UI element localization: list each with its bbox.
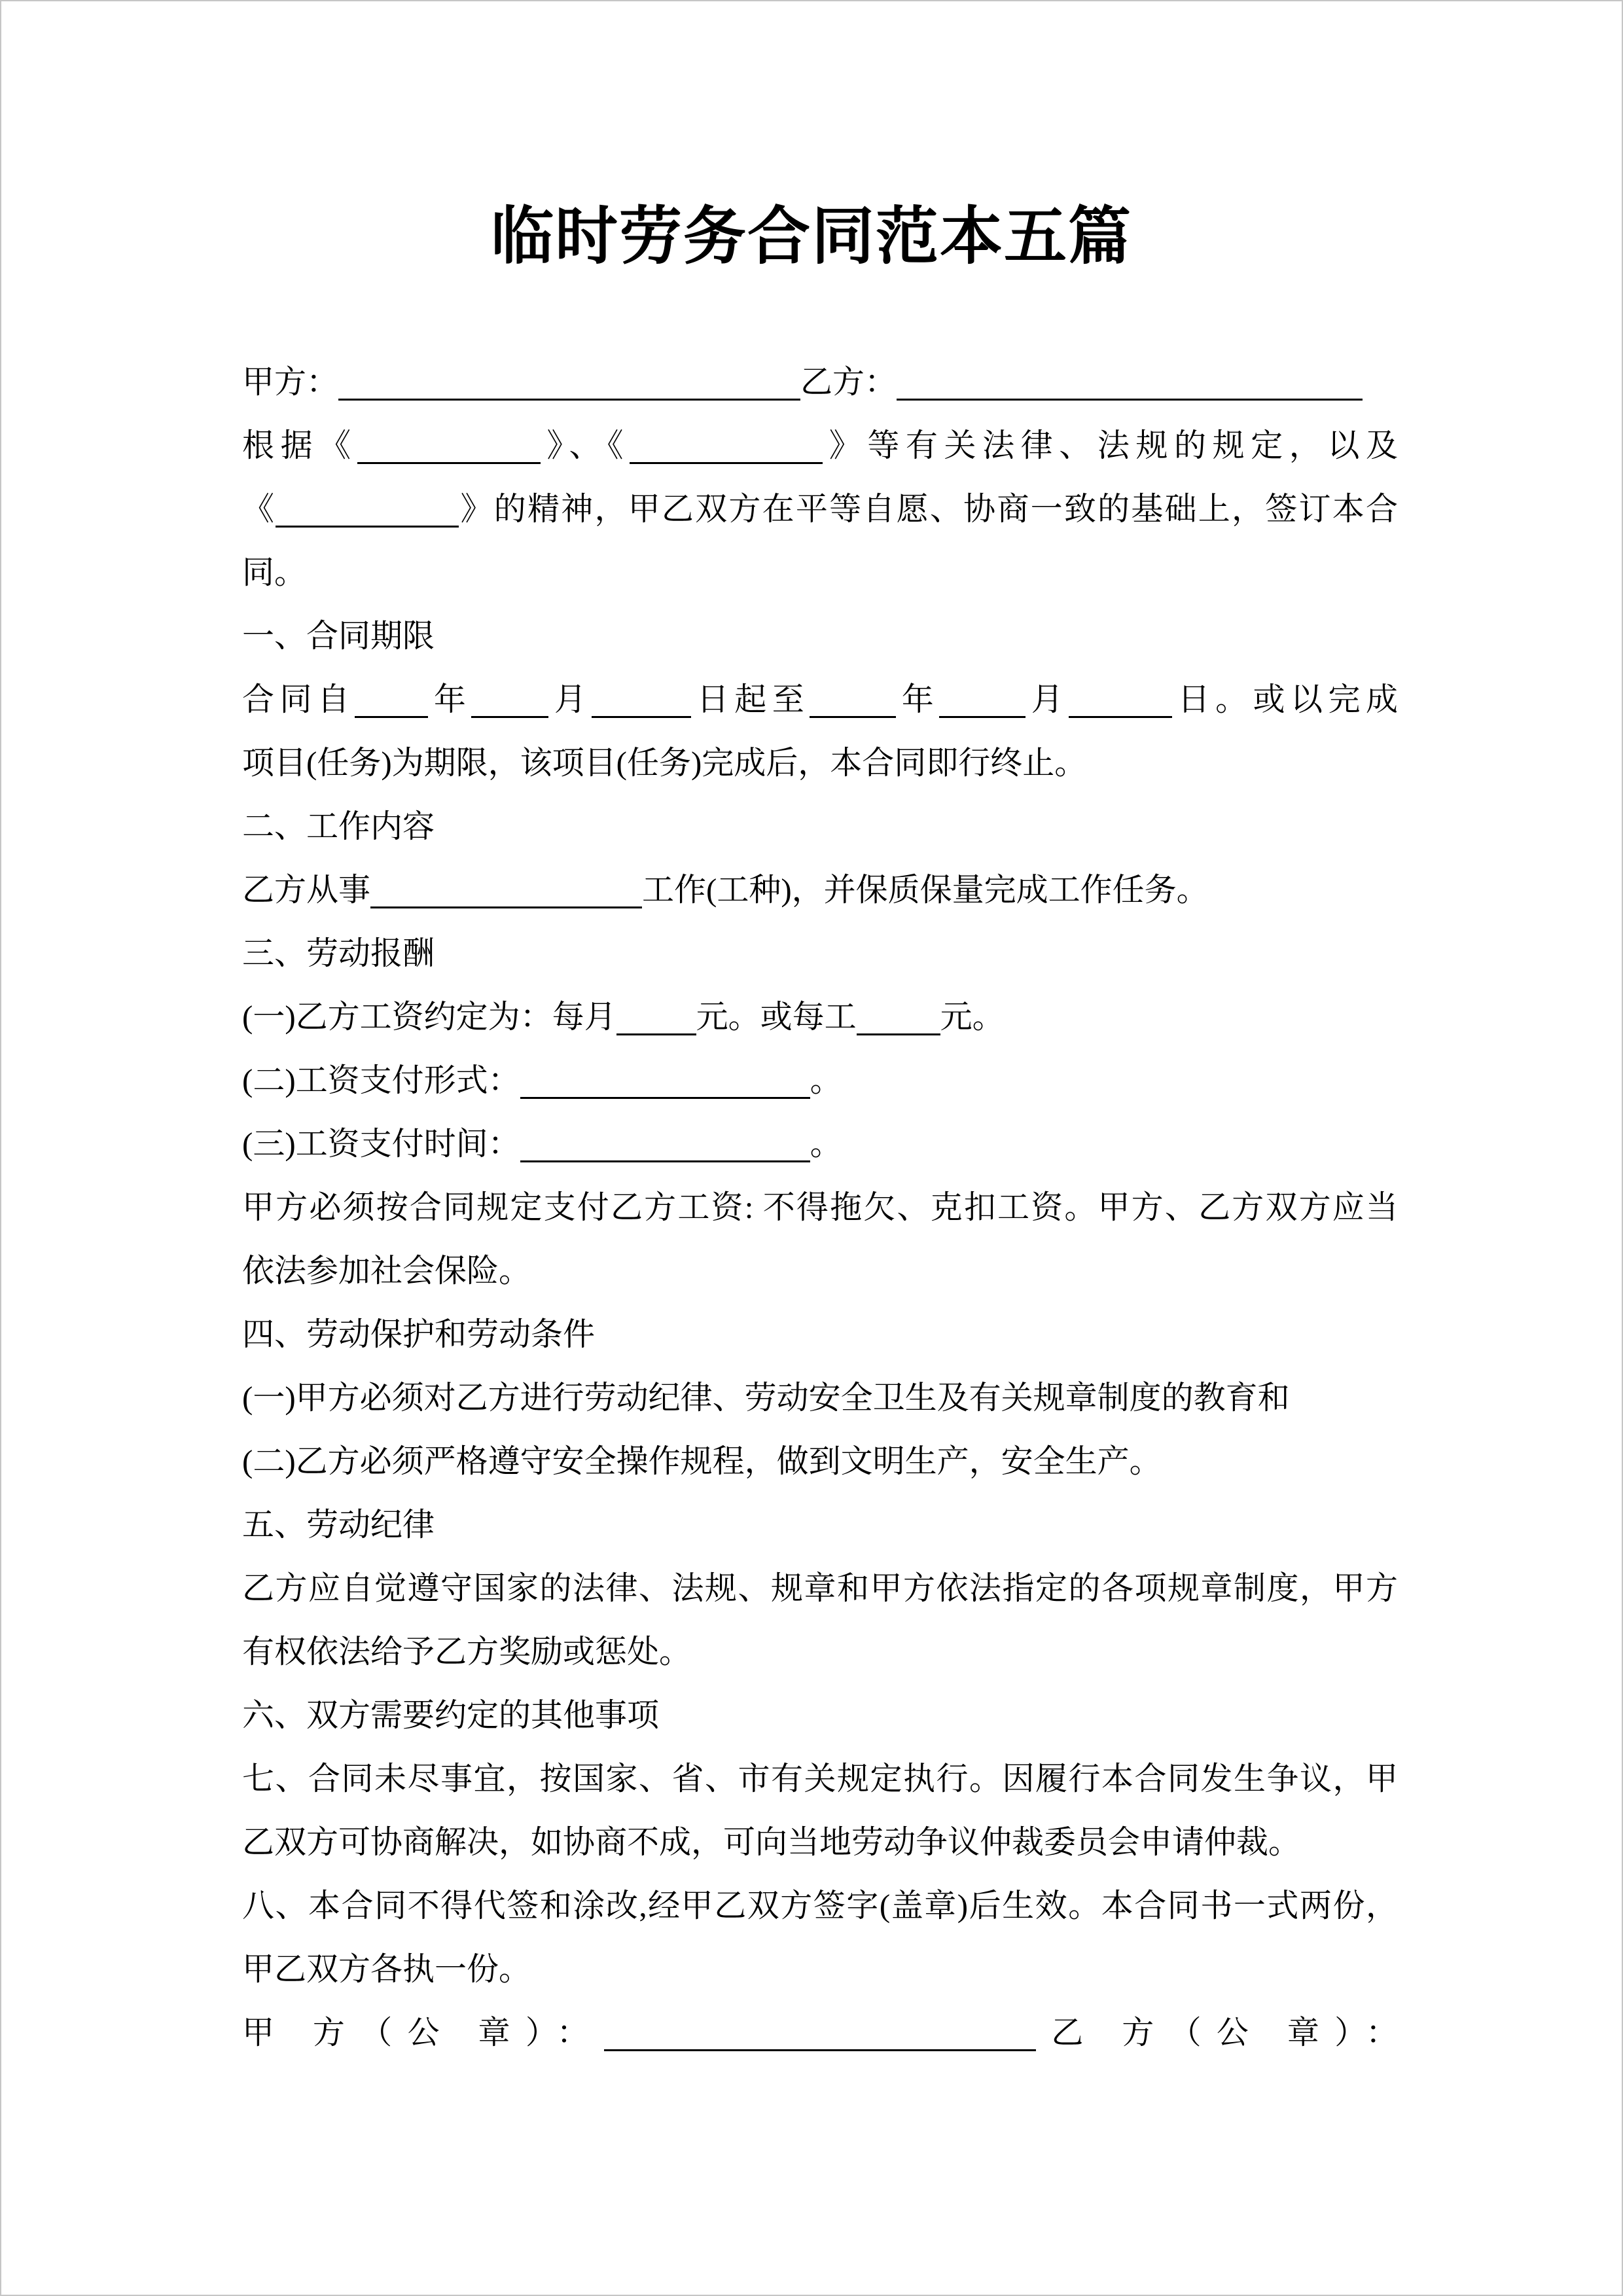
line-effect-1: 八、本合同不得代签和涂改,经甲乙双方签字(盖章)后生效。本合同书一式两份， bbox=[242, 1874, 1398, 1937]
blank-fill-in-line bbox=[857, 1001, 940, 1035]
text-run: 元。 bbox=[940, 999, 1005, 1035]
text-run: 》的精神，甲乙双方在平等自愿、协商一致的基础上，签订本合 bbox=[459, 491, 1398, 527]
text-run: 六、双方需要约定的其他事项 bbox=[242, 1697, 659, 1733]
line-term-completion: 项目(任务)为期限，该项目(任务)完成后，本合同即行终止。 bbox=[242, 731, 1398, 795]
line-protection-1: (一)甲方必须对乙方进行劳动纪律、劳动安全卫生及有关规章制度的教育和 bbox=[242, 1366, 1398, 1429]
text-run: 工作(工种)，并保质保量完成工作任务。 bbox=[642, 872, 1209, 908]
blank-fill-in-line bbox=[604, 2017, 1036, 2051]
heading-section-4-protection: 四、劳动保护和劳动条件 bbox=[242, 1302, 1398, 1366]
heading-section-6-other: 六、双方需要约定的其他事项 bbox=[242, 1683, 1398, 1747]
blank-fill-in-line bbox=[1069, 683, 1172, 718]
text-run: 》、《 bbox=[541, 427, 630, 463]
line-legal-basis-3: 同。 bbox=[242, 541, 1398, 604]
line-discipline-2: 有权依法给予乙方奖励或惩处。 bbox=[242, 1620, 1398, 1683]
line-party-names: 甲方：乙方： bbox=[242, 350, 1398, 414]
document-body: 甲方：乙方：根据《》、《》等有关法律、法规的规定，以及《》的精神，甲乙双方在平等… bbox=[242, 350, 1398, 2064]
line-pay-duty-2: 依法参加社会保险。 bbox=[242, 1239, 1398, 1302]
text-run: 乙方应自觉遵守国家的法律、法规、规章和甲方依法指定的各项规章制度，甲方 bbox=[242, 1570, 1398, 1606]
blank-fill-in-line bbox=[616, 1001, 696, 1035]
heading-section-5-discipline: 五、劳动纪律 bbox=[242, 1493, 1398, 1556]
document-title: 临时劳务合同范本五篇 bbox=[1, 198, 1622, 276]
text-run: 根据《 bbox=[242, 427, 357, 463]
text-run: 《 bbox=[242, 491, 276, 527]
text-run: 合同自 bbox=[242, 681, 355, 717]
blank-fill-in-line bbox=[338, 366, 800, 401]
text-run: 。 bbox=[810, 1062, 842, 1098]
blank-fill-in-line bbox=[370, 874, 642, 908]
text-run: 甲方： bbox=[242, 364, 338, 400]
text-run: 三、劳动报酬 bbox=[242, 935, 435, 971]
text-run: 一、合同期限 bbox=[242, 618, 435, 654]
blank-fill-in-line bbox=[471, 683, 548, 718]
text-run: 二、工作内容 bbox=[242, 808, 435, 844]
text-run: 乙双方可协商解决，如协商不成，可向当地劳动争议仲裁委员会申请仲裁。 bbox=[242, 1824, 1300, 1860]
blank-fill-in-line bbox=[357, 429, 541, 464]
text-run: 甲 方（公 章）： bbox=[242, 2015, 604, 2051]
text-run: 同。 bbox=[242, 554, 306, 590]
text-run: (一)乙方工资约定为：每月 bbox=[242, 999, 616, 1035]
text-run: 年 bbox=[896, 681, 939, 717]
blank-fill-in-line bbox=[897, 366, 1363, 401]
blank-fill-in-line bbox=[592, 683, 691, 718]
line-pay-form: (二)工资支付形式：。 bbox=[242, 1049, 1398, 1112]
line-discipline-1: 乙方应自觉遵守国家的法律、法规、规章和甲方依法指定的各项规章制度，甲方 bbox=[242, 1556, 1398, 1620]
line-legal-basis-1: 根据《》、《》等有关法律、法规的规定，以及 bbox=[242, 414, 1398, 477]
text-run: (二)工资支付形式： bbox=[242, 1062, 520, 1098]
line-protection-2: (二)乙方必须严格遵守安全操作规程，做到文明生产，安全生产。 bbox=[242, 1429, 1398, 1493]
heading-section-1-term: 一、合同期限 bbox=[242, 604, 1398, 668]
line-legal-basis-2: 《》的精神，甲乙双方在平等自愿、协商一致的基础上，签订本合 bbox=[242, 477, 1398, 541]
blank-fill-in-line bbox=[630, 429, 823, 464]
text-run: 甲乙双方各执一份。 bbox=[242, 1951, 531, 1987]
blank-fill-in-line bbox=[276, 493, 459, 528]
text-run: 日。或以完成 bbox=[1172, 681, 1398, 717]
text-run: 五、劳动纪律 bbox=[242, 1507, 435, 1543]
text-run: 日起至 bbox=[691, 681, 810, 717]
text-run: 甲方必须按合同规定支付乙方工资: 不得拖欠、克扣工资。甲方、乙方双方应当 bbox=[242, 1189, 1398, 1225]
line-signature: 甲 方（公 章）：乙 方（公 章）： bbox=[242, 2001, 1398, 2064]
heading-section-2-work: 二、工作内容 bbox=[242, 795, 1398, 858]
line-term-dates: 合同自年月日起至年月日。或以完成 bbox=[242, 668, 1398, 731]
text-run: 乙方： bbox=[800, 364, 897, 400]
text-run: (三)工资支付时间： bbox=[242, 1126, 520, 1162]
text-run: 。 bbox=[810, 1126, 842, 1162]
document-page: 临时劳务合同范本五篇 甲方：乙方：根据《》、《》等有关法律、法规的规定，以及《》… bbox=[0, 0, 1623, 2296]
blank-fill-in-line bbox=[939, 683, 1026, 718]
blank-fill-in-line bbox=[520, 1128, 810, 1162]
text-run: 项目(任务)为期限，该项目(任务)完成后，本合同即行终止。 bbox=[242, 745, 1086, 781]
blank-fill-in-line bbox=[810, 683, 896, 718]
text-run: 乙方从事 bbox=[242, 872, 370, 908]
line-dispute-2: 乙双方可协商解决，如协商不成，可向当地劳动争议仲裁委员会申请仲裁。 bbox=[242, 1810, 1398, 1874]
line-pay-duty-1: 甲方必须按合同规定支付乙方工资: 不得拖欠、克扣工资。甲方、乙方双方应当 bbox=[242, 1175, 1398, 1239]
blank-fill-in-line bbox=[355, 683, 428, 718]
text-run: 月 bbox=[548, 681, 592, 717]
line-pay-time: (三)工资支付时间：。 bbox=[242, 1112, 1398, 1175]
text-run: (一)甲方必须对乙方进行劳动纪律、劳动安全卫生及有关规章制度的教育和 bbox=[242, 1380, 1290, 1416]
line-dispute-1: 七、合同未尽事宜，按国家、省、市有关规定执行。因履行本合同发生争议，甲 bbox=[242, 1747, 1398, 1810]
text-run: 八、本合同不得代签和涂改,经甲乙双方签字(盖章)后生效。本合同书一式两份， bbox=[242, 1888, 1398, 1924]
text-run: 》等有关法律、法规的规定，以及 bbox=[823, 427, 1398, 463]
text-run: 乙 方（公 章）： bbox=[1036, 2015, 1398, 2051]
text-run: 依法参加社会保险。 bbox=[242, 1253, 531, 1289]
text-run: 月 bbox=[1026, 681, 1069, 717]
text-run: 有权依法给予乙方奖励或惩处。 bbox=[242, 1634, 691, 1670]
text-run: 年 bbox=[428, 681, 471, 717]
text-run: (二)乙方必须严格遵守安全操作规程，做到文明生产，安全生产。 bbox=[242, 1443, 1162, 1479]
text-run: 元。或每工 bbox=[696, 999, 857, 1035]
line-effect-2: 甲乙双方各执一份。 bbox=[242, 1937, 1398, 2001]
heading-section-3-pay: 三、劳动报酬 bbox=[242, 922, 1398, 985]
line-pay-amount: (一)乙方工资约定为：每月元。或每工元。 bbox=[242, 985, 1398, 1049]
text-run: 七、合同未尽事宜，按国家、省、市有关规定执行。因履行本合同发生争议，甲 bbox=[242, 1761, 1398, 1797]
blank-fill-in-line bbox=[520, 1064, 810, 1099]
text-run: 四、劳动保护和劳动条件 bbox=[242, 1316, 595, 1352]
line-work-content: 乙方从事工作(工种)，并保质保量完成工作任务。 bbox=[242, 858, 1398, 922]
